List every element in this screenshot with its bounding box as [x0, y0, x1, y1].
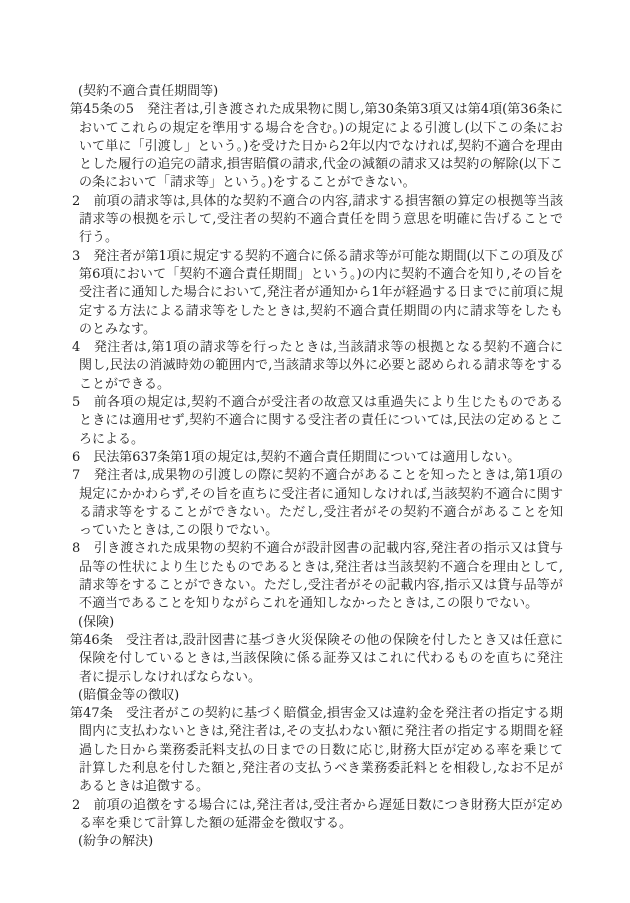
- contract-text-body: (契約不適合責任期間等)第45条の5 発注者は,引き渡された成果物に関し,第30…: [70, 83, 563, 851]
- section-heading: (保険): [78, 614, 563, 632]
- numbered-clause: 2 前項の請求等は,具体的な契約不適合の内容,請求する損害額の算定の根拠等当該請…: [70, 193, 563, 248]
- section-heading: (賠償金等の徴収): [78, 687, 563, 705]
- article-paragraph: 第46条 受注者は,設計図書に基づき火災保険その他の保険を付したとき又は任意に保…: [70, 632, 563, 687]
- numbered-clause: 8 引き渡された成果物の契約不適合が設計図書の記載内容,発注者の指示又は貸与品等…: [70, 540, 563, 613]
- section-heading: (紛争の解決): [78, 833, 563, 851]
- numbered-clause: 6 民法第637条第1項の規定は,契約不適合責任期間については適用しない。: [70, 449, 563, 467]
- article-paragraph: 第47条 受注者がこの契約に基づく賠償金,損害金又は違約金を発注者の指定する期間…: [70, 705, 563, 796]
- numbered-clause: 2 前項の追徴をする場合には,発注者は,受注者から遅延日数につき財務大臣が定める…: [70, 797, 563, 834]
- numbered-clause: 3 発注者が第1項に規定する契約不適合に係る請求等が可能な期間(以下この項及び第…: [70, 248, 563, 339]
- document-page: (契約不適合責任期間等)第45条の5 発注者は,引き渡された成果物に関し,第30…: [0, 0, 630, 903]
- section-heading: (契約不適合責任期間等): [78, 83, 563, 101]
- numbered-clause: 4 発注者は,第1項の請求等を行ったときは,当該請求等の根拠となる契約不適合に関…: [70, 339, 563, 394]
- numbered-clause: 5 前各項の規定は,契約不適合が受注者の故意又は重過失により生じたものであるとき…: [70, 394, 563, 449]
- article-paragraph: 第45条の5 発注者は,引き渡された成果物に関し,第30条第3項又は第4項(第3…: [70, 101, 563, 192]
- numbered-clause: 7 発注者は,成果物の引渡しの際に契約不適合があることを知ったときは,第1項の規…: [70, 467, 563, 540]
